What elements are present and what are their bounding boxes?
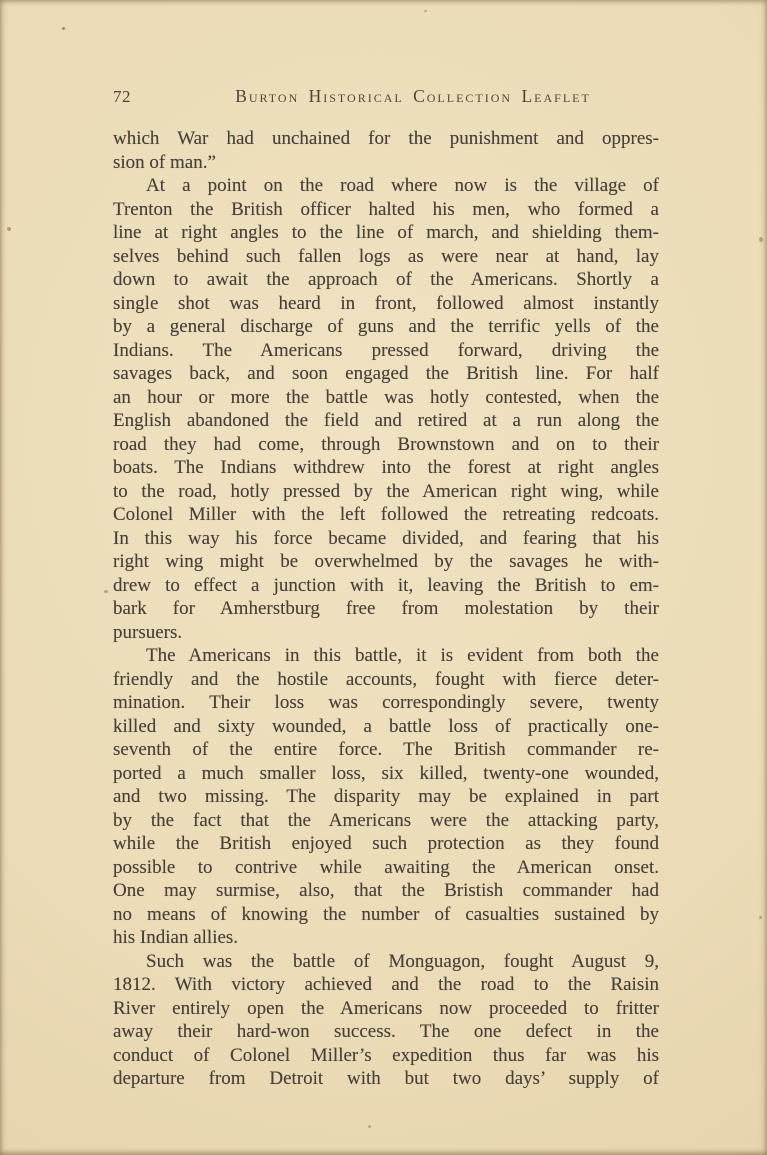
paragraph: Such was the battle of Monguagon, fought… bbox=[113, 950, 659, 1091]
paper-speck bbox=[368, 1125, 371, 1128]
text-line: road they had come, through Brownstown a… bbox=[113, 433, 659, 457]
text-line: savages back, and soon engaged the Briti… bbox=[113, 362, 659, 386]
page-header: 72 Burton Historical Collection Leaflet bbox=[113, 86, 659, 108]
text-line: mination. Their loss was correspondingly… bbox=[113, 691, 659, 715]
text-line: single shot was heard in front, followed… bbox=[113, 292, 659, 316]
text-line: 1812. With victory achieved and the road… bbox=[113, 973, 659, 997]
page-body-text: which War had unchained for the punishme… bbox=[113, 127, 659, 1091]
text-line: by the fact that the Americans were the … bbox=[113, 809, 659, 833]
paragraph: The Americans in this battle, it is evid… bbox=[113, 644, 659, 950]
paper-speck bbox=[759, 237, 763, 242]
paper-speck bbox=[7, 227, 11, 231]
page-number: 72 bbox=[113, 87, 131, 107]
text-line: to the road, hotly pressed by the Americ… bbox=[113, 480, 659, 504]
text-line: selves behind such fallen logs as were n… bbox=[113, 245, 659, 269]
text-line: Trenton the British officer halted his m… bbox=[113, 198, 659, 222]
text-line: English abandoned the field and retired … bbox=[113, 409, 659, 433]
text-line: friendly and the hostile accounts, fough… bbox=[113, 668, 659, 692]
paper-speck bbox=[62, 27, 65, 30]
text-line: departure from Detroit with but two days… bbox=[113, 1067, 659, 1091]
text-line: Indians. The Americans pressed forward, … bbox=[113, 339, 659, 363]
paper-speck bbox=[104, 590, 108, 593]
text-line: line at right angles to the line of marc… bbox=[113, 221, 659, 245]
paper-speck bbox=[424, 10, 427, 12]
text-line: Colonel Miller with the left followed th… bbox=[113, 503, 659, 527]
text-line: drew to effect a junction with it, leavi… bbox=[113, 574, 659, 598]
text-line: At a point on the road where now is the … bbox=[113, 174, 659, 198]
running-title: Burton Historical Collection Leaflet bbox=[140, 86, 686, 107]
text-line: which War had unchained for the punishme… bbox=[113, 127, 659, 151]
book-page-scan: 72 Burton Historical Collection Leaflet … bbox=[0, 0, 767, 1155]
text-line: The Americans in this battle, it is evid… bbox=[113, 644, 659, 668]
text-line: conduct of Colonel Miller’s expedition t… bbox=[113, 1044, 659, 1068]
text-line: an hour or more the battle was hotly con… bbox=[113, 386, 659, 410]
text-line: while the British enjoyed such protectio… bbox=[113, 832, 659, 856]
text-line: down to await the approach of the Americ… bbox=[113, 268, 659, 292]
text-line: bark for Amherstburg free from molestati… bbox=[113, 597, 659, 621]
text-line: killed and sixty wounded, a battle loss … bbox=[113, 715, 659, 739]
text-line: sion of man.” bbox=[113, 151, 659, 175]
text-line: River entirely open the Americans now pr… bbox=[113, 997, 659, 1021]
text-line: boats. The Indians withdrew into the for… bbox=[113, 456, 659, 480]
text-line: his Indian allies. bbox=[113, 926, 659, 950]
text-line: away their hard-won success. The one def… bbox=[113, 1020, 659, 1044]
text-line: by a general discharge of guns and the t… bbox=[113, 315, 659, 339]
text-line: seventh of the entire force. The British… bbox=[113, 738, 659, 762]
text-line: no means of knowing the number of casual… bbox=[113, 903, 659, 927]
text-line: One may surmise, also, that the Bristish… bbox=[113, 879, 659, 903]
text-line: right wing might be overwhelmed by the s… bbox=[113, 550, 659, 574]
text-line: pursuers. bbox=[113, 621, 659, 645]
paragraph: which War had unchained for the punishme… bbox=[113, 127, 659, 174]
paragraph: At a point on the road where now is the … bbox=[113, 174, 659, 644]
text-line: possible to contrive while awaiting the … bbox=[113, 856, 659, 880]
paper-speck bbox=[759, 916, 762, 919]
text-line: Such was the battle of Monguagon, fought… bbox=[113, 950, 659, 974]
text-line: ported a much smaller loss, six killed, … bbox=[113, 762, 659, 786]
text-line: In this way his force became divided, an… bbox=[113, 527, 659, 551]
text-line: and two missing. The disparity may be ex… bbox=[113, 785, 659, 809]
